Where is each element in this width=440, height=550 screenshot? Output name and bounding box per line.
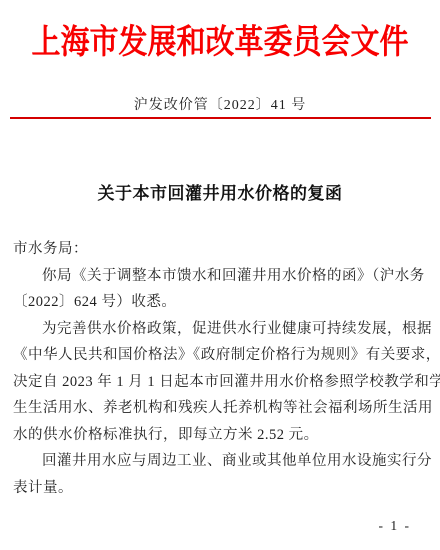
body-line: 回灌井用水应与周边工业、商业或其他单位用水设施实行分 <box>13 448 427 475</box>
org-header-title: 上海市发展和改革委员会文件 <box>0 16 440 64</box>
body-line: 为完善供水价格政策，促进供水行业健康可持续发展，根据 <box>13 316 427 343</box>
body-line: 决定自 2023 年 1 月 1 日起本市回灌井用水价格参照学校教学和学 <box>13 369 427 396</box>
body-line-salutation: 市水务局： <box>13 236 427 263</box>
red-divider-line <box>10 117 431 119</box>
document-page: 上海市发展和改革委员会文件 沪发改价管〔2022〕41 号 关于本市回灌井用水价… <box>0 0 440 550</box>
body-line: 水的供水价格标准执行，即每立方米 2.52 元。 <box>13 422 427 449</box>
document-number: 沪发改价管〔2022〕41 号 <box>0 94 440 114</box>
body-line: 你局《关于调整本市馈水和回灌井用水价格的函》（沪水务 <box>13 263 427 290</box>
body-line: 《中华人民共和国价格法》《政府制定价格行为规则》有关要求， <box>13 342 427 369</box>
body-line: 生生活用水、养老机构和残疾人托养机构等社会福利场所生活用 <box>13 395 427 422</box>
document-body: 市水务局： 你局《关于调整本市馈水和回灌井用水价格的函》（沪水务 〔2022〕6… <box>13 236 427 501</box>
document-title: 关于本市回灌井用水价格的复函 <box>0 179 440 204</box>
body-line: 〔2022〕624 号）收悉。 <box>13 289 427 316</box>
body-line: 表计量。 <box>13 475 427 502</box>
page-number: - 1 - <box>379 518 412 534</box>
